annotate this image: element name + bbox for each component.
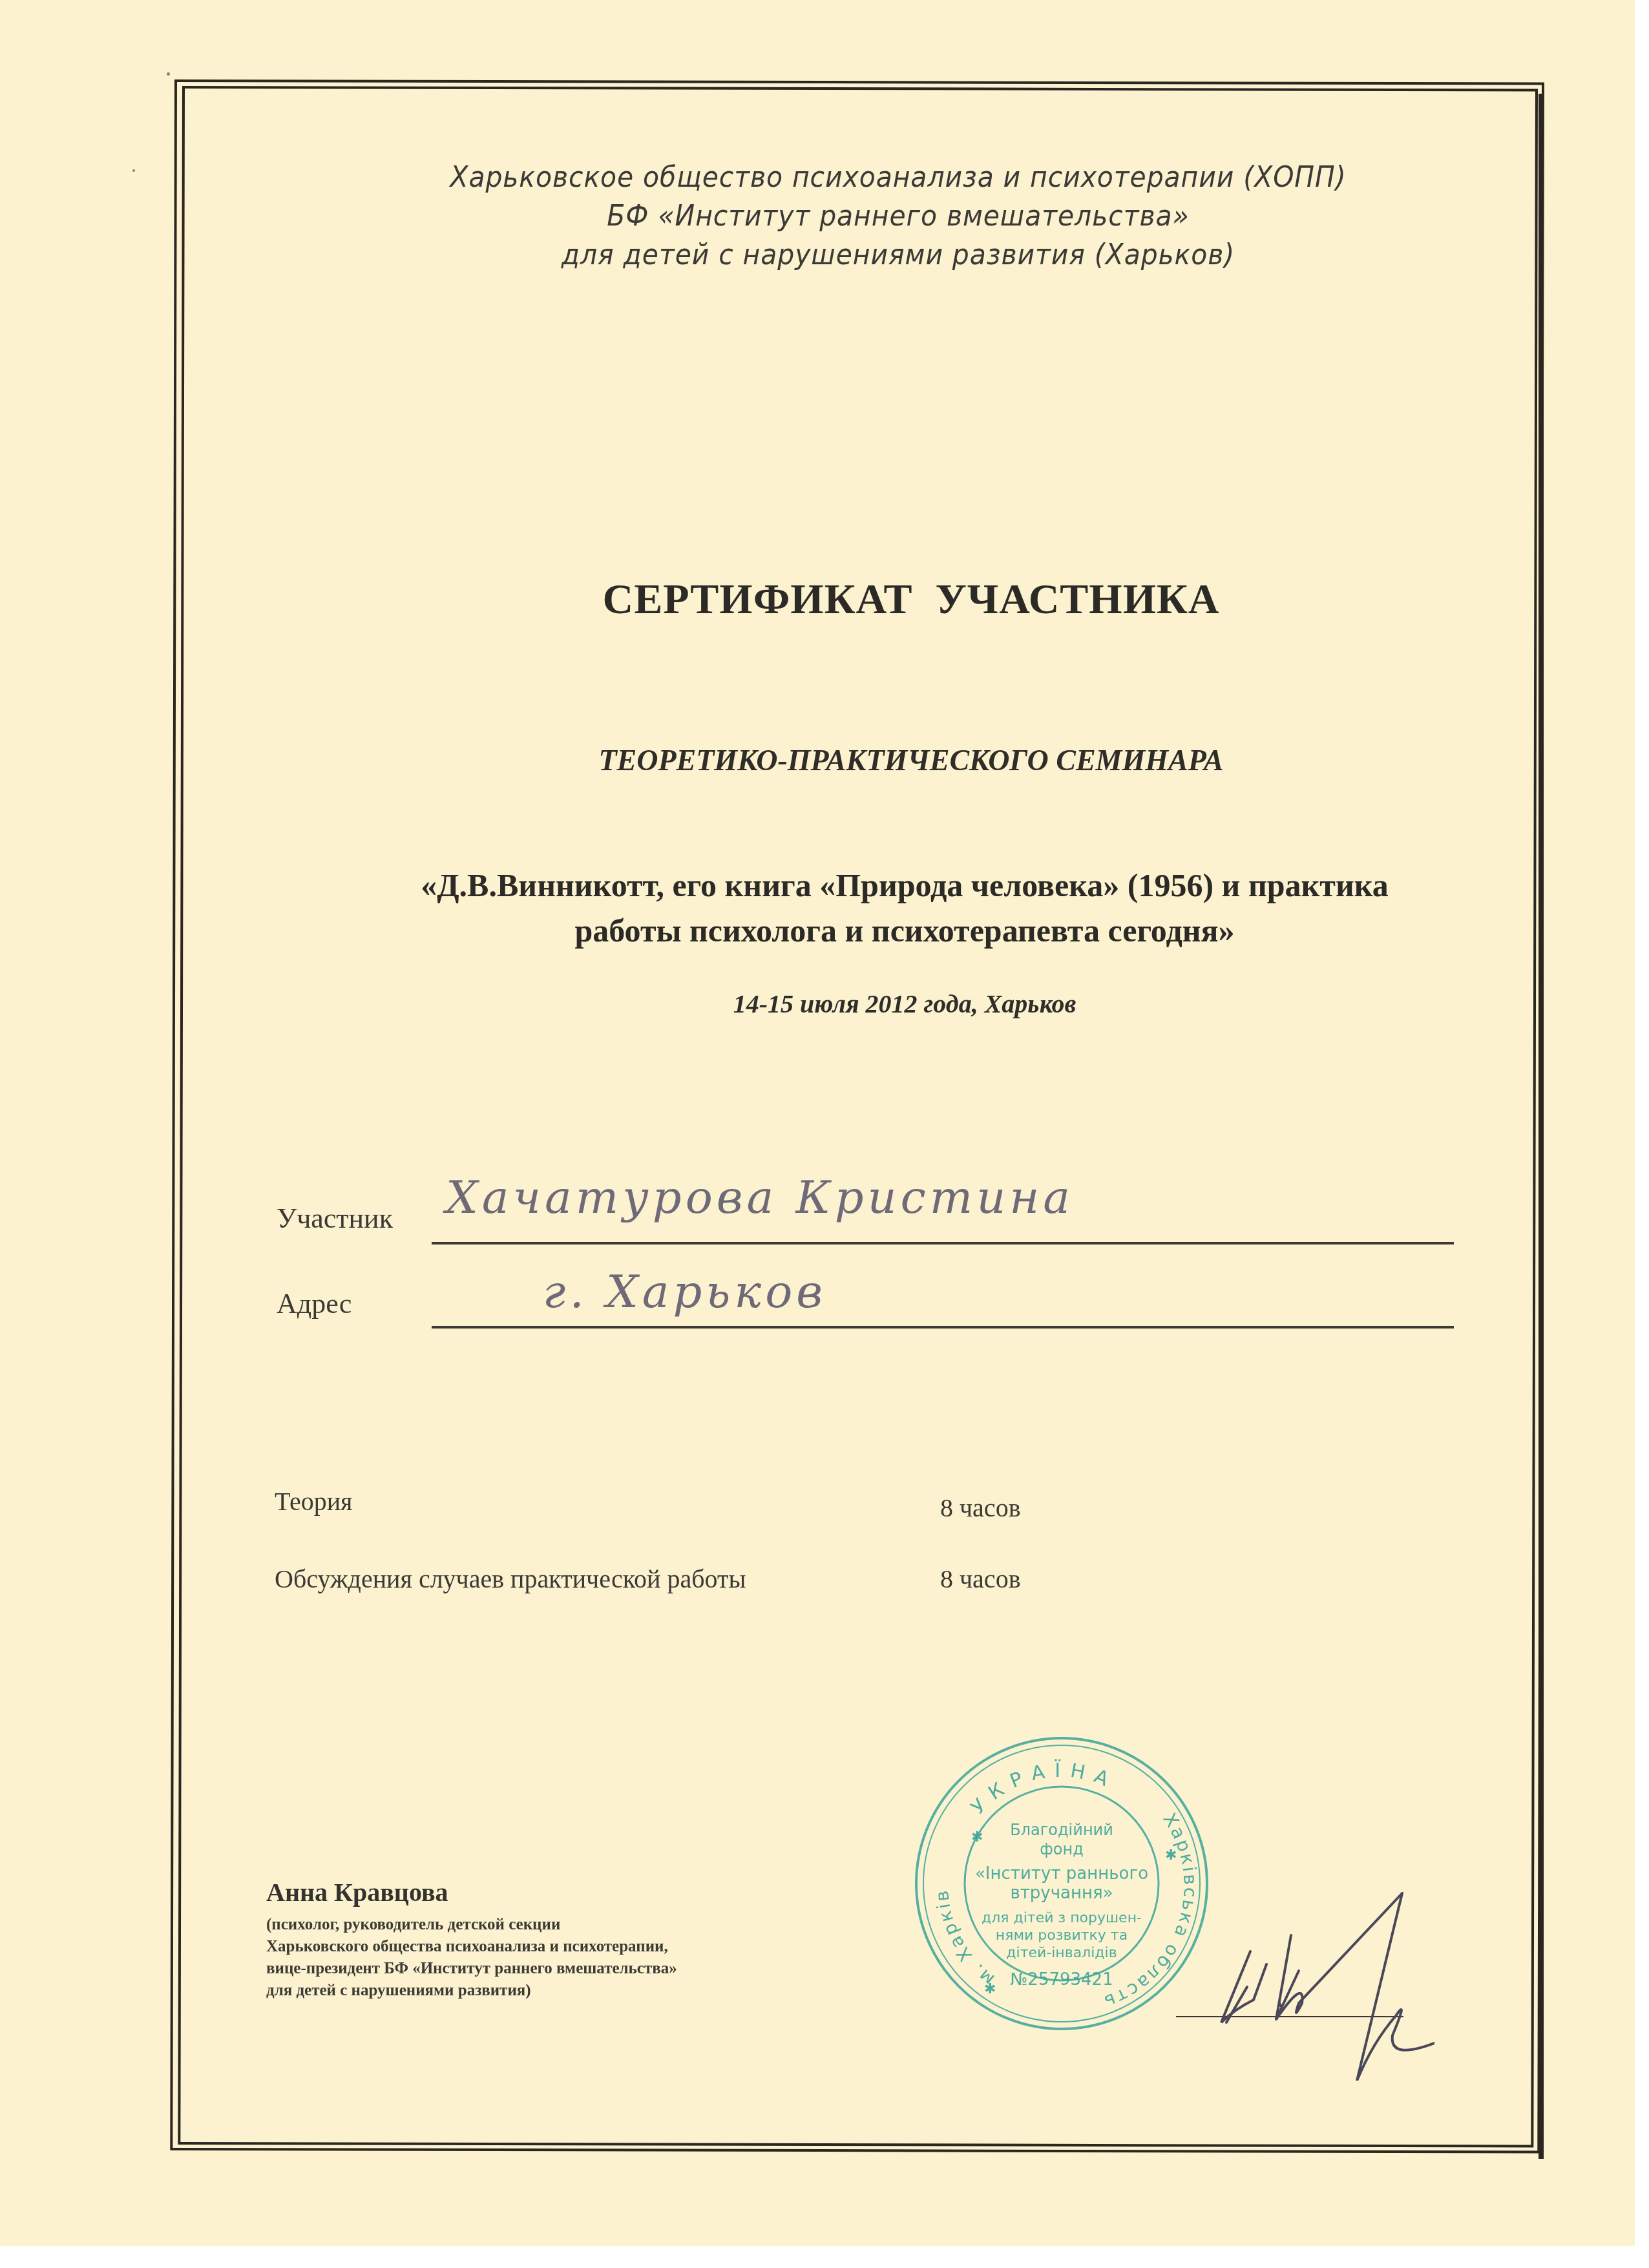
border-frame-inner [178, 86, 1538, 2147]
certificate-paper: Харьковское общество психоанализа и псих… [0, 0, 1635, 2246]
header-line-2: БФ «Институт раннего вмешательства» [399, 197, 1397, 236]
svg-text:✱: ✱ [1165, 1847, 1177, 1864]
signer-desc-line-4: для детей с нарушениями развития) [266, 1980, 887, 2002]
hours-practice-value: 8 часов [940, 1564, 1021, 1594]
scan-speck [167, 72, 170, 76]
signer-desc-line-3: вице-президент БФ «Институт раннего вмеш… [266, 1958, 887, 1980]
stamp-center-line: Благодійний [1010, 1821, 1113, 1839]
address-label: Адрес [277, 1287, 352, 1320]
stamp-center-line: фонд [1040, 1840, 1084, 1858]
participant-name-handwritten: Хачатурова Кристина [446, 1171, 1074, 1224]
hours-theory-value: 8 часов [940, 1493, 1021, 1523]
participant-label: Участник [277, 1202, 393, 1235]
header-line-3: для детей с нарушениями развития (Харько… [399, 236, 1397, 275]
certificate-title: СЕРТИФИКАТ УЧАСТНИКА [530, 575, 1292, 624]
organization-stamp: УКРАЇНА м. Харків Харківська область ✱ ✱… [910, 1732, 1213, 2035]
svg-text:✱: ✱ [971, 1829, 983, 1845]
address-underline [432, 1326, 1454, 1328]
stamp-center-line: №25793421 [1010, 1970, 1113, 1990]
signer-desc-line-2: Харьковского общества психоанализа и пси… [266, 1936, 887, 1958]
hours-practice-label: Обсуждения случаев практической работы [275, 1564, 746, 1594]
stamp-center-line: для дітей з порушен- [982, 1910, 1142, 1926]
handwritten-signature [1215, 1887, 1434, 2081]
stamp-center-line: нями розвитку та [996, 1927, 1128, 1944]
hours-theory-label: Теория [275, 1486, 352, 1517]
signer-description: (психолог, руководитель детской секции Х… [266, 1914, 887, 2002]
header-line-1: Харьковское общество психоанализа и псих… [399, 158, 1397, 197]
seminar-topic-line-1: «Д.В.Винникотт, его книга «Природа челов… [297, 863, 1512, 908]
certificate-subtitle: ТЕОРЕТИКО-ПРАКТИЧЕСКОГО СЕМИНАРА [452, 743, 1370, 777]
signer-name: Анна Кравцова [266, 1877, 448, 1907]
stamp-center-line: «Інститут раннього [975, 1864, 1148, 1884]
border-frame-right [1539, 94, 1544, 2159]
stamp-center-line: втручання» [1010, 1884, 1113, 1903]
seminar-date-place: 14-15 июля 2012 года, Харьков [517, 989, 1292, 1019]
svg-text:✱: ✱ [984, 1981, 996, 1997]
signer-desc-line-1: (психолог, руководитель детской секции [266, 1914, 887, 1936]
address-handwritten: г. Харьков [543, 1265, 826, 1318]
seminar-topic: «Д.В.Винникотт, его книга «Природа челов… [297, 863, 1512, 953]
participant-underline [432, 1242, 1454, 1244]
stamp-left-arc-text: м. Харків [931, 1888, 998, 1990]
scan-speck [132, 169, 135, 172]
seminar-topic-line-2: работы психолога и психотерапевта сегодн… [297, 908, 1512, 953]
organization-header: Харьковское общество психоанализа и псих… [399, 158, 1397, 275]
stamp-center-line: дітей-інвалідів [1006, 1945, 1117, 1961]
